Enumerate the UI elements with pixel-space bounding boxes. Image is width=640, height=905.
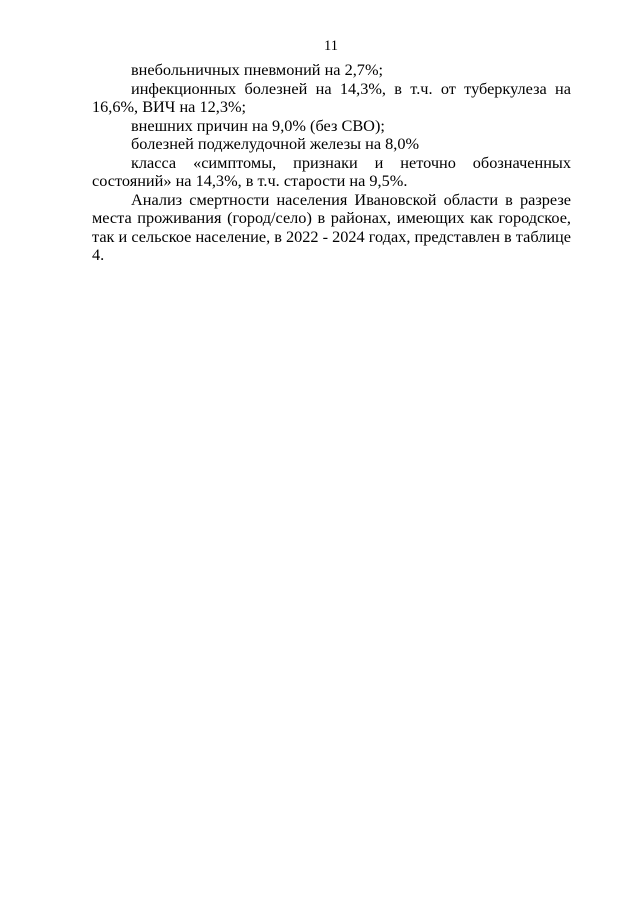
paragraph-pneumonia: внебольничных пневмоний на 2,7%; (92, 61, 571, 80)
document-body: внебольничных пневмоний на 2,7%; инфекци… (92, 61, 571, 265)
paragraph-external-causes: внешних причин на 9,0% (без СВО); (92, 117, 571, 136)
page-number: 11 (0, 37, 640, 55)
paragraph-symptoms-class: класса «симптомы, признаки и неточно обо… (92, 154, 571, 191)
paragraph-mortality-analysis: Анализ смертности населения Ивановской о… (92, 191, 571, 265)
paragraph-infectious-diseases: инфекционных болезней на 14,3%, в т.ч. о… (92, 80, 571, 117)
paragraph-pancreas-diseases: болезней поджелудочной железы на 8,0% (92, 135, 571, 154)
